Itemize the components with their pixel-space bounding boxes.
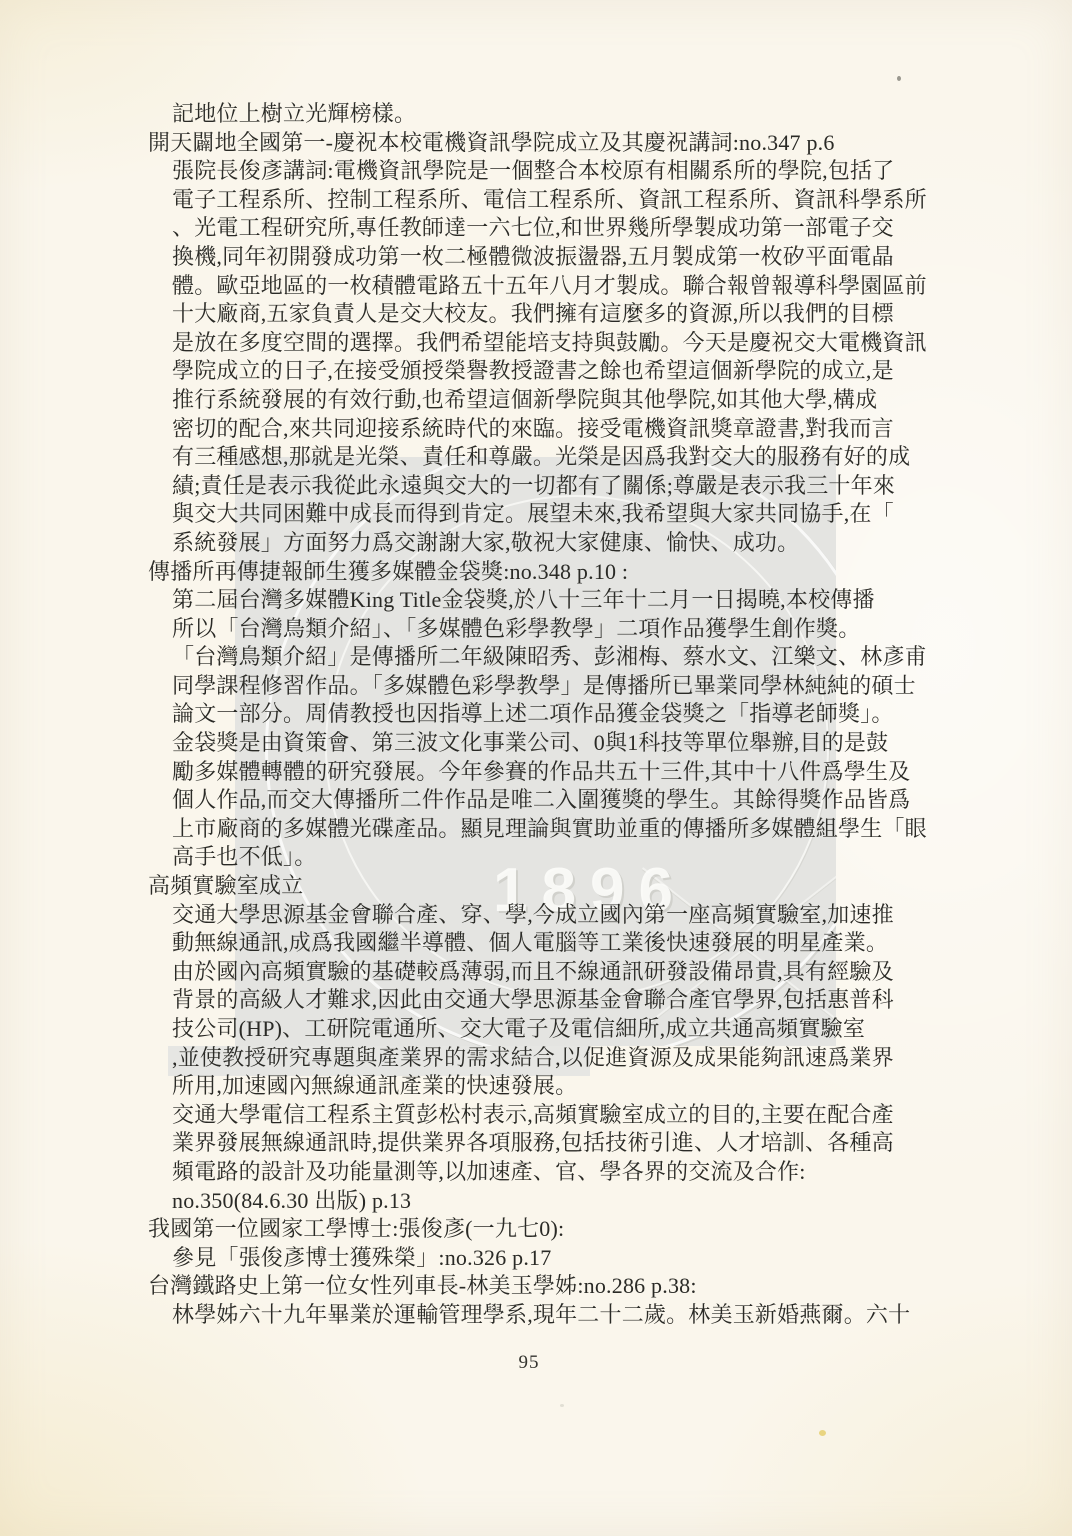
scan-speck (819, 1430, 826, 1436)
text-line: 業界發展無線通訊時,提供業界各項服務,包括技術引進、人才培訓、各種高 (172, 1129, 1072, 1158)
text-line: 個人作品,而交大傳播所二件作品是唯二入圍獲獎的學生。其餘得獎作品皆爲 (172, 786, 1072, 815)
text-line: 傳播所再傳捷報師生獲多媒體金袋獎:no.348 p.10 : (148, 558, 1072, 587)
text-line: 高頻實驗室成立 (148, 872, 1072, 901)
text-line: 系統發展」方面努力爲交謝謝大家,敬祝大家健康、愉快、成功。 (172, 529, 1072, 558)
page-number: 95 (0, 1352, 1058, 1374)
text-line: 交通大學電信工程系主質彭松村表示,高頻實驗室成立的目的,主要在配合產 (172, 1101, 1072, 1130)
text-line: 有三種感想,那就是光榮、責任和尊嚴。光榮是因爲我對交大的服務有好的成 (172, 443, 1072, 472)
text-line: ,並使教授研究專題與產業界的需求結合,以促進資源及成果能夠訊速爲業界 (172, 1044, 1072, 1073)
text-line: 技公司(HP)、工研院電通所、交大電子及電信細所,成立共通高頻實驗室 (172, 1015, 1072, 1044)
text-line: 張院長俊彥講詞:電機資訊學院是一個整合本校原有相關系所的學院,包括了 (172, 157, 1072, 186)
text-line: 體。歐亞地區的一枚積體電路五十五年八月才製成。聯合報曾報導科學園區前 (172, 272, 1072, 301)
text-line: 「台灣鳥類介紹」是傳播所二年級陳昭秀、彭湘梅、蔡水文、江樂文、林彥甫 (172, 643, 1072, 672)
text-line: 密切的配合,來共同迎接系統時代的來臨。接受電機資訊獎章證書,對我而言 (172, 415, 1072, 444)
text-line: 高手也不低」。 (172, 843, 1072, 872)
text-line: 勵多媒體轉體的研究發展。今年參賽的作品共五十三件,其中十八件爲學生及 (172, 758, 1072, 787)
scan-speck (560, 1404, 564, 1407)
text-line: 電子工程系所、控制工程系所、電信工程系所、資訊工程系所、資訊科學系所 (172, 186, 1072, 215)
text-line: 換機,同年初開發成功第一枚二極體微波振盪器,五月製成第一枚矽平面電晶 (172, 243, 1072, 272)
text-line: 十大廠商,五家負責人是交大校友。我們擁有這麼多的資源,所以我們的目標 (172, 300, 1072, 329)
text-line: 交通大學思源基金會聯合產、穿、學,今成立國內第一座高頻實驗室,加速推 (172, 901, 1072, 930)
text-line: 背景的高級人才難求,因此由交通大學思源基金會聯合產官學界,包括惠普科 (172, 986, 1072, 1015)
text-line: 台灣鐵路史上第一位女性列車長-林美玉學姊:no.286 p.38: (148, 1272, 1072, 1301)
text-line: 所以「台灣鳥類介紹」、「多媒體色彩學教學」二項作品獲學生創作獎。 (172, 615, 1072, 644)
text-line: 與交大共同困難中成長而得到肯定。展望未來,我希望與大家共同協手,在「 (172, 500, 1072, 529)
text-line: 是放在多度空間的選擇。我們希望能培支持與鼓勵。今天是慶祝交大電機資訊 (172, 329, 1072, 358)
text-line: 、光電工程研究所,專任教師達一六七位,和世界幾所學製成功第一部電子交 (172, 214, 1072, 243)
document-body: 記地位上樹立光輝榜樣。開天闢地全國第一-慶祝本校電機資訊學院成立及其慶祝講詞:n… (0, 100, 1072, 1330)
scan-speck (897, 76, 901, 81)
text-line: 論文一部分。周倩教授也因指導上述二項作品獲金袋獎之「指導老師獎」。 (172, 700, 1072, 729)
text-line: 同學課程修習作品。「多媒體色彩學教學」是傳播所已畢業同學林純純的碩士 (172, 672, 1072, 701)
text-line: 我國第一位國家工學博士:張俊彥(一九七0): (148, 1215, 1072, 1244)
scanned-page: 1896 記地位上樹立光輝榜樣。開天闢地全國第一-慶祝本校電機資訊學院成立及其慶… (0, 0, 1072, 1536)
text-line: 開天闢地全國第一-慶祝本校電機資訊學院成立及其慶祝講詞:no.347 p.6 (148, 129, 1072, 158)
text-line: 動無線通訊,成爲我國繼半導體、個人電腦等工業後快速發展的明星產業。 (172, 929, 1072, 958)
text-line: 參見「張俊彥博士獲殊榮」:no.326 p.17 (172, 1244, 1072, 1273)
text-line: 推行系統發展的有效行動,也希望這個新學院與其他學院,如其他大學,構成 (172, 386, 1072, 415)
text-line: 上市廠商的多媒體光碟產品。顯見理論與實助並重的傳播所多媒體組學生「眼 (172, 815, 1072, 844)
text-line: 由於國內高頻實驗的基礎較爲薄弱,而且不線通訊研發設備昂貴,具有經驗及 (172, 958, 1072, 987)
text-line: 第二屆台灣多媒體King Title金袋獎,於八十三年十二月一日揭曉,本校傳播 (172, 586, 1072, 615)
text-line: 所用,加速國內無線通訊產業的快速發展。 (172, 1072, 1072, 1101)
text-line: no.350(84.6.30 出版) p.13 (172, 1187, 1072, 1216)
text-line: 學院成立的日子,在接受頒授榮譽教授證書之餘也希望這個新學院的成立,是 (172, 357, 1072, 386)
text-line: 頻電路的設計及功能量測等,以加速產、官、學各界的交流及合作: (172, 1158, 1072, 1187)
text-line: 績;責任是表示我從此永遠與交大的一切都有了關係;尊嚴是表示我三十年來 (172, 472, 1072, 501)
text-line: 金袋獎是由資策會、第三波文化事業公司、0與1科技等單位舉辦,目的是鼓 (172, 729, 1072, 758)
text-line: 林學姊六十九年畢業於運輸管理學系,現年二十二歲。林美玉新婚燕爾。六十 (172, 1301, 1072, 1330)
text-line: 記地位上樹立光輝榜樣。 (172, 100, 1072, 129)
